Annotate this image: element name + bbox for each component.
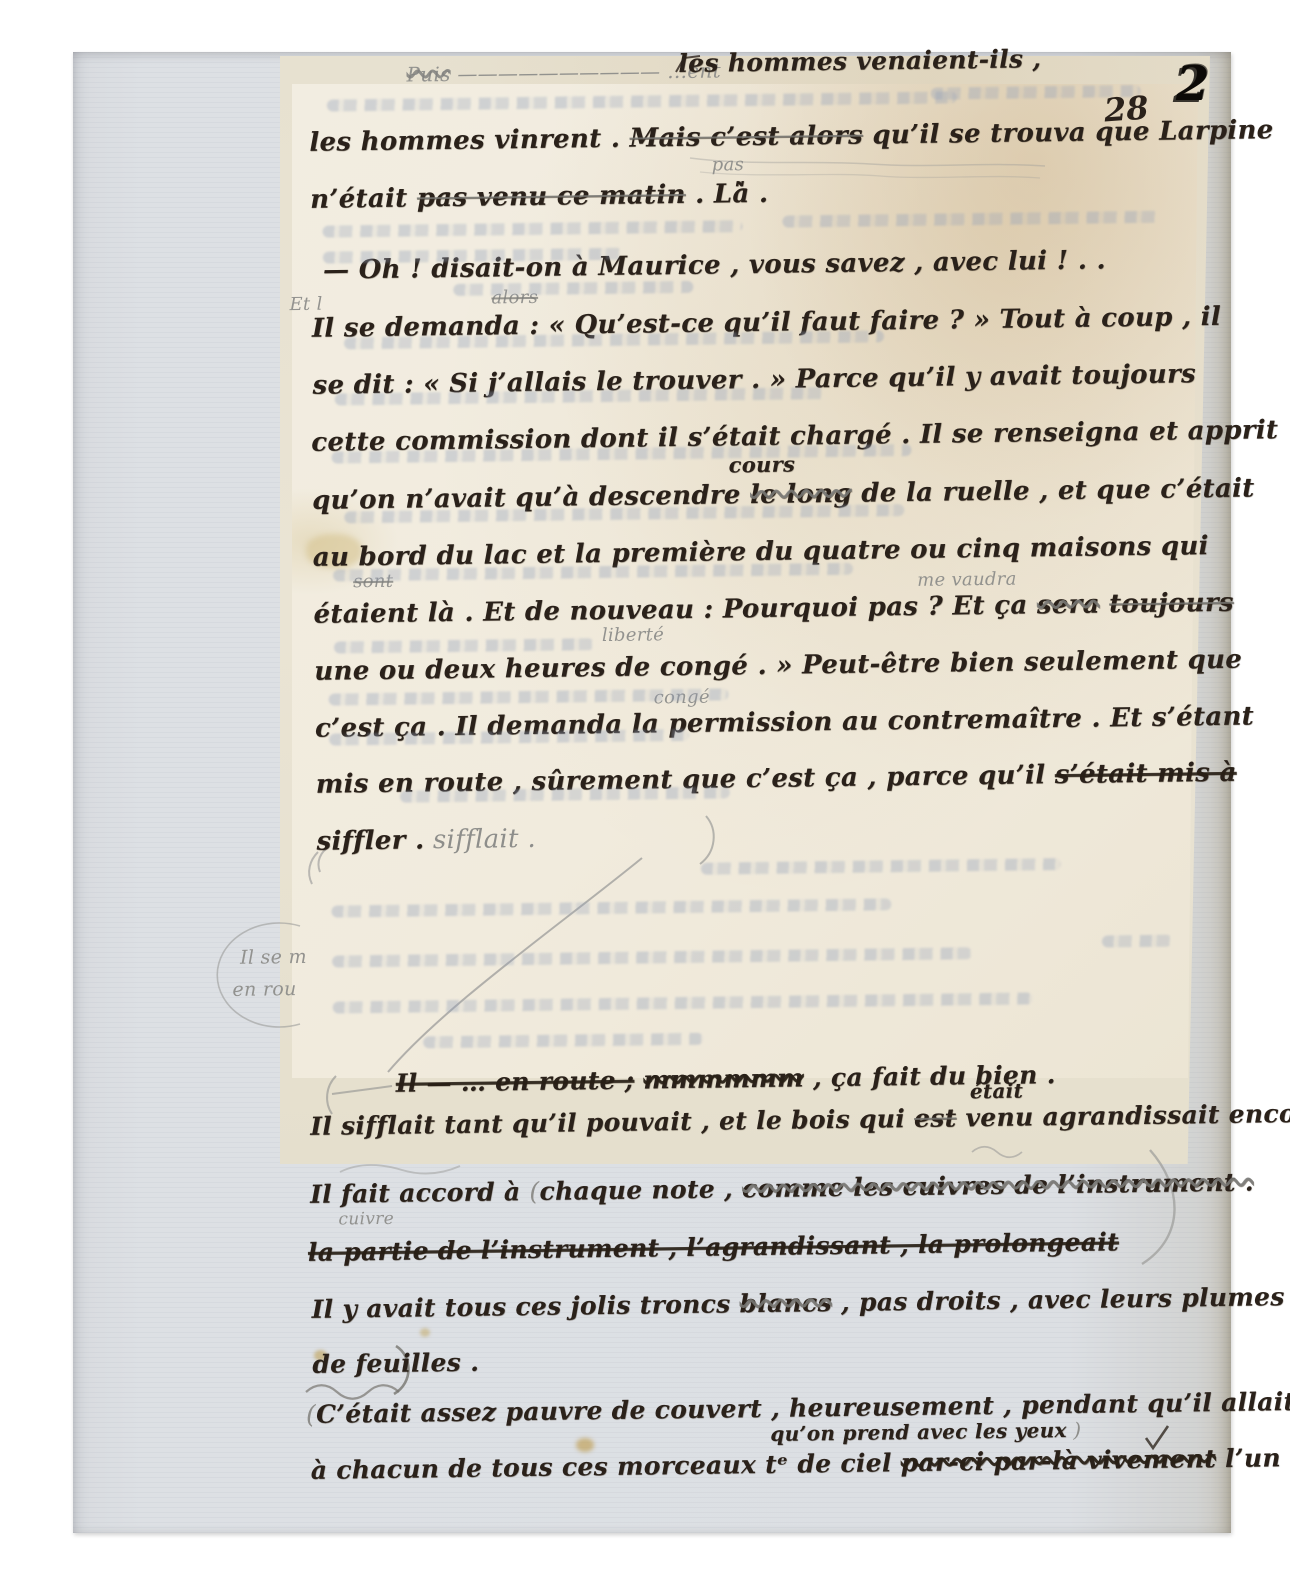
annotation-me-vaudra: me vaudra <box>917 571 1017 590</box>
annotation-etait: était <box>970 1081 1024 1102</box>
ghost-showthrough-line <box>333 992 1033 1013</box>
ghost-showthrough-line <box>423 1033 703 1049</box>
line-21: à chacun de tous ces morceaux tᵉ de ciel… <box>311 1444 1290 1483</box>
line-15: Il sifflait tant qu’il pouvait , et le b… <box>310 1101 1290 1139</box>
annotation-interline: qu’on prend avec les yeux ) <box>770 1420 1081 1444</box>
ghost-showthrough-line <box>332 947 972 967</box>
annotation-pas: pas <box>712 156 745 174</box>
ghost-showthrough-line <box>1102 935 1172 948</box>
line-17: la partie de l’instrument , l’agrandissa… <box>308 1229 1119 1265</box>
line-09: étaient là . Et de nouveau : Pourquoi pa… <box>313 590 1234 628</box>
line-02: n’était pas venu ce matin . Là̎ . <box>310 181 768 213</box>
line-18: Il y avait tous ces jolis troncs blancs … <box>312 1284 1285 1322</box>
line-10: une ou deux heures de congé . » Peut-êtr… <box>314 647 1242 685</box>
ghost-showthrough-line <box>782 211 1162 228</box>
corner-numeral: 2 <box>1176 56 1209 112</box>
annotation-et: Et l <box>289 296 322 314</box>
ghost-showthrough-line <box>327 91 957 111</box>
ghost-showthrough-line <box>331 898 891 917</box>
line-14: Il — … en route ; mmmmmm , ça fait du bi… <box>396 1062 1056 1096</box>
annotation-liberte: liberté <box>602 626 665 645</box>
manuscript-scan: Puis —————————— …entles hommes venaient-… <box>0 0 1290 1590</box>
margin-note-2: en rou <box>232 980 296 1000</box>
annotation-cuivre: cuivre <box>338 1211 394 1229</box>
line-13: siffler . sifflait . <box>316 826 536 855</box>
line-19: de feuilles . <box>312 1350 479 1377</box>
ghost-showthrough-line <box>322 220 742 237</box>
ghost-showthrough-line <box>334 638 594 653</box>
margin-note-1: Il se m <box>240 948 307 968</box>
page-number: 28 <box>1103 88 1150 129</box>
underlay-pencil-fragment: Puis —————————— …ent <box>406 60 721 84</box>
line-16: Il fait accord à (chaque note , comme le… <box>310 1170 1254 1207</box>
ghost-showthrough-line <box>701 858 1061 875</box>
ghost-showthrough-line <box>453 281 693 296</box>
text-layer: Puis —————————— …entles hommes venaient-… <box>0 0 1290 1590</box>
underlay-ink-fragment: les hommes venaient-ils , <box>678 46 1041 76</box>
